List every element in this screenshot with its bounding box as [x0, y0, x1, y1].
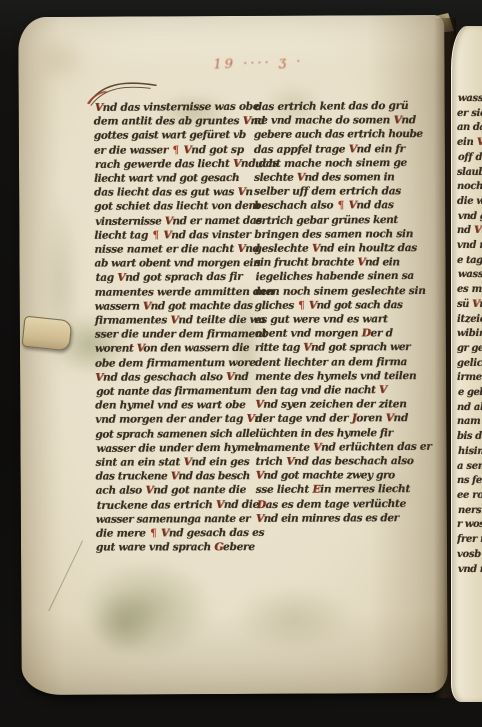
text-line: ners d: [458, 504, 482, 519]
text-line: nd alle: [457, 401, 482, 416]
text-line: ns felsa: [457, 474, 482, 489]
text-line: wasser g: [458, 268, 482, 283]
text-line: geslechte Vnd ein houltz das: [254, 241, 414, 256]
text-line: vnd got: [458, 210, 482, 225]
text-line: trich Vnd das beschach also: [256, 454, 416, 469]
text-line: iegeliches habende sinen sa: [256, 269, 416, 284]
facing-page-edge: wasserer sie soan dasein Vnoff dasslaube…: [451, 26, 482, 702]
folio-inscription: 19 ···· ʒ ·: [183, 53, 333, 74]
text-line: vnd mo: [458, 562, 482, 577]
text-line: ein Vn: [457, 136, 482, 151]
text-line: die wont: [457, 195, 482, 210]
text-line: sser die under dem firmament: [95, 327, 250, 342]
text-line: vnd mor: [457, 239, 482, 254]
text-line: geliches: [457, 357, 482, 372]
text-line: sin frucht brachte Vnd ein: [255, 255, 415, 270]
text-line: got schiet das liecht von dem: [94, 199, 249, 214]
text-line: sü Vnd: [457, 298, 482, 313]
text-line: men noch sinem geslechte sin: [255, 284, 415, 299]
text-line: ab wart obent vnd morgen ein: [95, 256, 250, 271]
text-line: e gebou: [458, 386, 482, 401]
text-line: itzeich: [457, 313, 482, 328]
text-line: wasser samenunga nante er: [96, 512, 251, 527]
stain: [49, 536, 245, 682]
text-line: dent liechter an dem firma: [255, 355, 415, 370]
text-line: hisim w: [458, 445, 482, 460]
text-line: nocht v: [457, 180, 482, 195]
text-line: er sie so: [457, 107, 482, 122]
text-line: beschach also ¶ Vnd das: [254, 198, 414, 213]
text-line: gliches ¶ Vnd got sach das: [255, 298, 415, 313]
text-line: nisse namet er die nacht Vnd: [94, 242, 249, 257]
text-line: ee rouch: [457, 489, 482, 504]
text-line: wibin d: [457, 327, 482, 342]
text-line: ucht mache noch sinem ge: [255, 156, 415, 171]
text-line: slechte Vnd des somen in: [254, 170, 414, 185]
text-line: ritte tag Vnd got sprach wer: [255, 341, 415, 356]
stain: [31, 155, 90, 415]
manuscript-photograph: 19 ···· ʒ · Vnd das vinsternisse was obe…: [0, 0, 482, 727]
text-line: vinsternisse Vnd er namet das: [95, 213, 250, 228]
text-line: gut ware vnd sprach Gebere: [96, 540, 251, 555]
text-line: liecht tag ¶ Vnd das vinster: [94, 228, 249, 243]
text-line: firmamentes Vnd teilte die wa: [95, 313, 250, 328]
text-line: off das: [458, 151, 482, 166]
text-line: e tag vn: [457, 254, 482, 269]
text-line: slauben: [457, 166, 482, 181]
text-line: er die wasser ¶ Vnd got sp: [94, 143, 249, 158]
text-line: nd Vns: [457, 224, 482, 239]
stain: [76, 574, 171, 669]
text-line: es gut were vnd es wart: [255, 312, 415, 327]
stain: [206, 570, 381, 666]
text-line: obent vnd morgen Der d: [255, 327, 415, 342]
text-line: das truckene Vnd das besch: [96, 469, 251, 484]
text-line: den hymel vnd es wart obe: [95, 398, 250, 413]
text-line: gebere auch das ertrich hoube: [254, 127, 414, 142]
text-line: lüchten in des hymele fir: [255, 426, 415, 441]
text-column-left: Vnd das vinsternisse was obedem antlit d…: [94, 100, 251, 555]
text-line: frer me: [457, 533, 482, 548]
facing-text-fragments: wasserer sie soan dasein Vnoff dasslaube…: [457, 92, 482, 577]
fore-edge-tab: [22, 316, 73, 352]
text-line: gottes gaist wart gefüret vb: [94, 128, 249, 143]
text-line: Vnd das vinsternisse was obe: [95, 100, 250, 115]
text-line: obe dem firmamentum wore: [95, 356, 250, 371]
text-line: sse liecht Ein merres liecht: [256, 483, 416, 498]
text-line: den tag vnd die nacht V: [256, 383, 416, 398]
text-line: Das es dem tage verlüchte: [257, 497, 417, 512]
text-line: worent Von den wassern die: [95, 341, 250, 356]
text-line: liecht wart vnd got gesach: [94, 171, 249, 186]
text-line: mamente Vnd erlüchten das er: [256, 440, 416, 455]
text-line: wassern Vnd got machte das: [95, 299, 250, 314]
text-line: die mere ¶ Vnd gesach das es: [96, 526, 251, 541]
text-line: r wos V: [457, 518, 482, 533]
text-line: wasser: [458, 92, 482, 107]
scratch-hairline: [48, 541, 83, 612]
text-line: irme geb: [457, 371, 482, 386]
text-line: mente des hymels vnd teilen: [255, 369, 415, 384]
text-line: mamentes werde ammitten den: [95, 285, 250, 300]
text-line: das liecht das es gut was Vn: [94, 185, 249, 200]
text-line: das appfel trage Vnd ein fr: [254, 142, 414, 157]
text-line: gr gesch: [457, 342, 482, 357]
text-line: Vnd das geschach also Vnd: [95, 370, 250, 385]
stain: [22, 21, 97, 96]
text-line: vnd morgen der ander tag Vn: [95, 412, 250, 427]
text-line: tag Vnd got sprach das fir: [96, 270, 251, 285]
text-line: bis das e: [457, 430, 482, 445]
text-line: wasser die under dem hymel: [96, 441, 251, 456]
text-line: ertrich gebar grünes kent: [255, 212, 415, 227]
text-line: an das: [457, 121, 482, 136]
text-line: Vnd got machte zwey gro: [256, 469, 416, 484]
text-line: dem antlit des ab gruntes Vnd: [94, 114, 249, 129]
text-line: der tage vnd der Joren Vnd: [255, 412, 415, 427]
text-line: got nante das firmamentum: [96, 384, 251, 399]
text-line: selber uff dem ertrich das: [254, 184, 414, 199]
text-line: bringen des samen noch sin: [254, 227, 414, 242]
text-line: es mit e: [457, 283, 482, 298]
manuscript-page: 19 ···· ʒ · Vnd das vinsternisse was obe…: [18, 15, 448, 695]
text-line: got sprach samenen sich alle: [95, 427, 250, 442]
text-line: nam ge: [457, 415, 482, 430]
text-line: rach gewerde das liecht Vnd das: [95, 157, 250, 172]
text-line: truckene das ertrich Vnd die: [97, 497, 252, 512]
text-line: a semt: [457, 460, 482, 475]
text-line: vosb V: [457, 548, 482, 563]
text-line: ach also Vnd got nante die: [96, 483, 251, 498]
text-line: sint an ein stat Vnd ein ges: [96, 455, 251, 470]
text-line: Vnd ein minres das es der: [256, 511, 416, 526]
text-line: das ertrich kent das do grü: [255, 99, 415, 114]
text-line: Vnd syen zeichen der ziten: [255, 398, 415, 413]
text-line: ne vnd mache do somen Vnd: [254, 113, 414, 128]
text-column-right: das ertrich kent das do grüne vnd mache …: [254, 99, 416, 526]
